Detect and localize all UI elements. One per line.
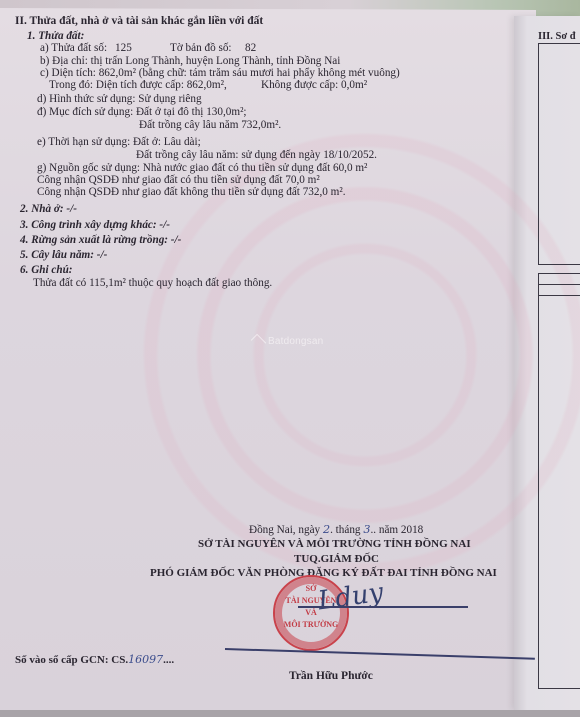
department-name: SỞ TÀI NGUYÊN VÀ MÔI TRƯỜNG TỈNH ĐỒNG NA… <box>198 538 471 551</box>
map-sheet-label: Tờ bản đồ số: <box>170 42 232 55</box>
parcel-area-not-granted: Không được cấp: 0,0m² <box>261 79 367 92</box>
parcel-area-granted: Trong đó: Diện tích được cấp: 862,0m², <box>49 79 227 92</box>
house-item: 2. Nhà ở: -/- <box>20 203 77 216</box>
month-label: tháng <box>336 524 361 536</box>
usage-term: e) Thời hạn sử dụng: Đất ở: Lâu dài; <box>37 136 201 149</box>
other-construction-item: 3. Công trình xây dựng khác: -/- <box>20 219 170 232</box>
diagram-frame <box>538 43 580 265</box>
signature-stroke <box>298 606 468 608</box>
watermark-logo-icon <box>251 334 267 350</box>
site-watermark: Batdongsan <box>252 336 323 347</box>
usage-purpose-2: Đất trồng cây lâu năm 732,0m². <box>139 119 281 132</box>
registry-label: Số vào sổ cấp GCN: CS. <box>15 654 128 666</box>
signer-name: Trần Hữu Phước <box>289 670 373 683</box>
usage-term-2: Đất trồng cây lâu năm: sử dụng đến ngày … <box>136 149 377 162</box>
parcel-number-value: 125 <box>115 42 132 55</box>
notes-text: Thửa đất có 115,1m² thuộc quy hoạch đất … <box>33 277 272 290</box>
stamp-line: MÔI TRƯỜNG <box>275 619 347 631</box>
background-bottom-edge <box>0 710 580 717</box>
notes-heading: 6. Ghi chú: <box>20 264 73 277</box>
signing-day: 2 <box>323 523 330 536</box>
watermark-text: Batdongsan <box>268 336 323 347</box>
usage-form: d) Hình thức sử dụng: Sử dụng riêng <box>37 93 202 106</box>
forest-item: 4. Rừng sản xuất là rừng trồng: -/- <box>20 234 181 247</box>
diagram-frame-lower <box>538 295 580 689</box>
perennial-item: 5. Cây lâu năm: -/- <box>20 249 107 262</box>
place-date-label: Đồng Nai, ngày <box>249 524 320 536</box>
usage-purpose: đ) Mục đích sử dụng: Đất ở tại đô thị 13… <box>37 106 247 119</box>
section-iii-title: III. Sơ đ <box>538 30 576 43</box>
registry-number: Số vào sổ cấp GCN: CS.16097.... <box>15 653 174 667</box>
authorization-title: TUQ.GIÁM ĐỐC <box>294 553 379 566</box>
usage-origin-3: Công nhận QSDĐ như giao đất không thu ti… <box>37 186 346 199</box>
map-sheet-value: 82 <box>245 42 256 55</box>
registry-value: 16097 <box>128 653 163 666</box>
section-ii-title: II. Thửa đất, nhà ở và tài sản khác gắn … <box>15 15 263 28</box>
parcel-number-label: a) Thửa đất số: <box>40 42 107 55</box>
signing-month: 3 <box>363 523 370 536</box>
signing-place-date: Đồng Nai, ngày 2. tháng 3.. năm 2018 <box>249 523 423 537</box>
registry-dots: .... <box>163 654 174 666</box>
year-label: năm 2018 <box>379 524 423 536</box>
